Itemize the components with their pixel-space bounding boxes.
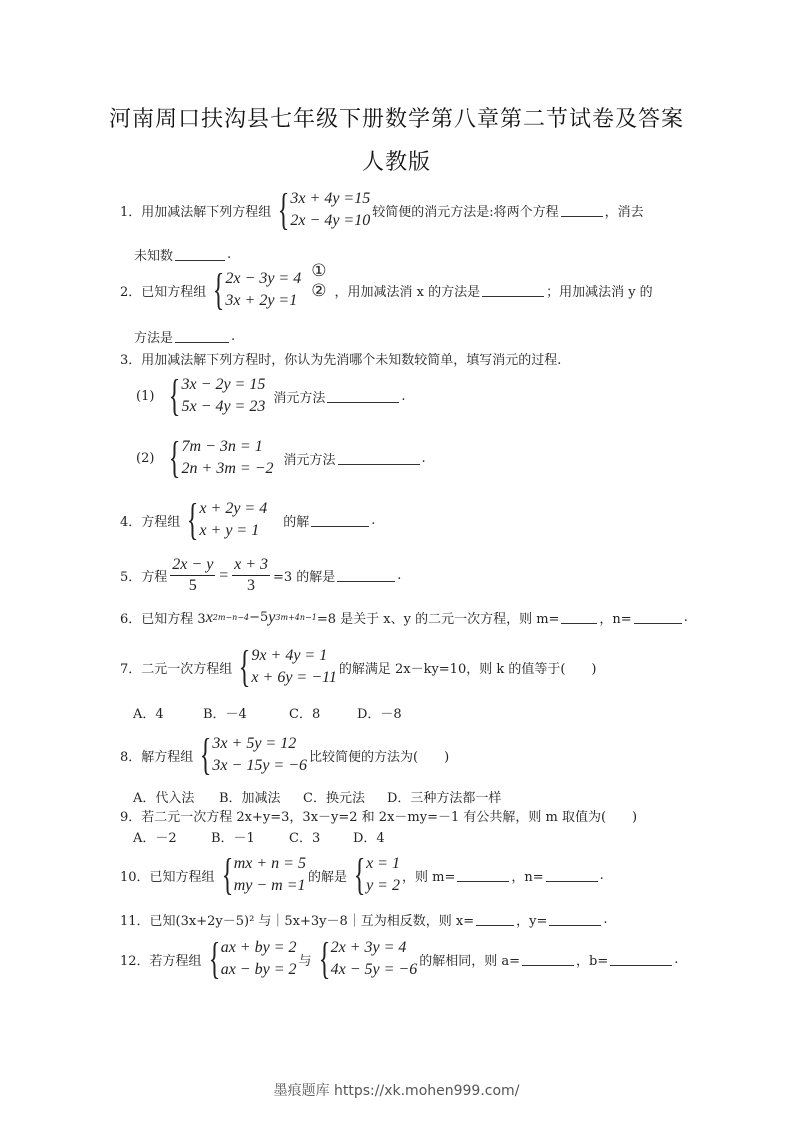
- option-a[interactable]: A．代入法: [133, 787, 219, 806]
- question-8: 8． 解方程组 {3x + 5y = 123x − 15y = −6 比较简便的…: [120, 733, 449, 777]
- option-d[interactable]: D．三种方法都一样: [387, 787, 501, 806]
- question-text: 比较简便的方法为( ): [309, 746, 449, 765]
- question-number: 11．: [120, 910, 150, 929]
- question-number: 1．: [120, 201, 141, 220]
- option-b[interactable]: B．－4: [203, 703, 289, 722]
- question-7: 7． 二元一次方程组 {9x + 4y = 1x + 6y = −11 的解满足…: [120, 645, 597, 689]
- equation-markers: ①②: [311, 261, 326, 301]
- punctuation: .: [401, 389, 405, 404]
- answer-blank[interactable]: [634, 611, 682, 624]
- part-label: (2): [136, 451, 154, 466]
- page-title: 河南周口扶沟县七年级下册数学第八章第二节试卷及答案: [0, 102, 793, 133]
- punctuation: .: [422, 451, 426, 466]
- question-4: 4． 方程组 {x + 2y = 4x + y = 1 的解 .: [120, 498, 375, 542]
- answer-blank[interactable]: [476, 913, 514, 926]
- question-text: ，用加减法消 x 的方法是: [334, 281, 480, 300]
- question-10: 10． 已知方程组 {mx + n = 5my − m =1 的解是 {x = …: [120, 853, 604, 897]
- equation-system: {2x + 3y = 44x − 5y = −6: [314, 937, 418, 981]
- equation: 4x − 5y = −6: [331, 959, 418, 981]
- question-8-options: A．代入法 B．加减法 C．换元法 D．三种方法都一样: [133, 787, 501, 806]
- question-text: 消元方法: [273, 387, 325, 406]
- fraction: x + 33: [232, 555, 270, 596]
- numerator: 2x − y: [170, 555, 215, 576]
- exponent: 2m−n−4: [213, 613, 249, 622]
- question-text: −5: [249, 610, 268, 625]
- fraction: 2x − y5: [170, 555, 215, 596]
- question-text: ；用加减法消 y 的: [546, 281, 653, 300]
- circled-1: ①: [311, 261, 326, 281]
- question-number: 7．: [120, 658, 141, 677]
- question-2: 2． 已知方程组 {2x − 3y = 43x + 2y =1 ①② ，用加减法…: [120, 268, 653, 312]
- question-text: 的解相同，则 a=: [419, 950, 520, 969]
- punctuation: .: [231, 329, 235, 344]
- question-text: 方程: [141, 566, 167, 585]
- brace-icon: {: [169, 436, 181, 480]
- question-number: 12．: [120, 950, 150, 969]
- equation: 7m − 3n = 1: [182, 436, 274, 458]
- answer-blank[interactable]: [546, 869, 598, 882]
- option-c[interactable]: C．8: [289, 703, 357, 722]
- equation: 3x + 5y = 12: [212, 733, 307, 755]
- question-number: 2．: [120, 281, 141, 300]
- answer-blank[interactable]: [311, 514, 369, 527]
- equation-system: {x + 2y = 4x + y = 1: [182, 498, 267, 542]
- question-text: 消元方法: [284, 449, 336, 468]
- question-9: 9． 若二元一次方程 2x+y=3，3x－y=2 和 2x－my=－1 有公共解…: [120, 806, 637, 825]
- equation: 3x + 2y =1: [225, 290, 301, 312]
- option-b[interactable]: B．加减法: [219, 787, 303, 806]
- equation-system: {ax + by = 2ax − by = 2: [204, 937, 297, 981]
- brace-icon: {: [318, 937, 330, 981]
- question-number: 9．: [120, 806, 141, 825]
- question-text: 若二元一次方程 2x+y=3，3x－y=2 和 2x－my=－1 有公共解，则 …: [141, 806, 637, 825]
- punctuation: .: [684, 610, 688, 625]
- question-number: 4．: [120, 511, 141, 530]
- equation-system: {3x + 5y = 123x − 15y = −6: [195, 733, 307, 777]
- equation: 5x − 4y = 23: [182, 396, 266, 418]
- question-number: 8．: [120, 746, 141, 765]
- question-number: 3．: [120, 349, 141, 368]
- question-text: 未知数: [134, 245, 173, 264]
- question-number: 6．: [120, 608, 141, 627]
- question-3-part-2: (2) {7m − 3n = 12n + 3m = −2 消元方法 .: [136, 436, 426, 480]
- question-text: 用加减法解下列方程时，你认为先消哪个未知数较简单，填写消元的过程.: [141, 349, 561, 368]
- equation: x = 1: [366, 853, 400, 875]
- answer-blank[interactable]: [522, 953, 574, 966]
- option-d[interactable]: D．4: [353, 827, 385, 846]
- equation: 9x + 4y = 1: [251, 645, 336, 667]
- question-text: 的解满足 2x－ky=10，则 k 的值等于( ): [339, 658, 597, 677]
- option-c[interactable]: C．3: [289, 827, 353, 846]
- question-7-options: A．4 B．－4 C．8 D．－8: [133, 703, 402, 722]
- equation: 3x + 4y =15: [290, 188, 370, 210]
- equation: y = 2: [366, 875, 400, 897]
- answer-blank[interactable]: [175, 248, 225, 261]
- option-b[interactable]: B．－1: [211, 827, 289, 846]
- question-1: 1． 用加减法解下列方程组 {3x + 4y =152x − 4y =10 较简…: [120, 188, 644, 232]
- answer-blank[interactable]: [482, 284, 544, 297]
- equation: x + y = 1: [199, 520, 267, 542]
- question-text: =8 是关于 x、y 的二元一次方程，则 m=: [317, 608, 560, 627]
- answer-blank[interactable]: [338, 452, 420, 465]
- question-text: 已知方程 3: [141, 608, 205, 627]
- equation: mx + n = 5: [234, 853, 306, 875]
- question-text: ，消去: [605, 201, 644, 220]
- equation: my − m =1: [234, 875, 306, 897]
- question-text: 已知(3x+2y－5)² 与｜5x+3y－8｜互为相反数，则 x=: [150, 910, 475, 929]
- numerator: x + 3: [232, 555, 270, 576]
- question-text: 已知方程组: [141, 281, 206, 300]
- question-6: 6． 已知方程 3 x2m−n−4 −5 y3m+4n−1 =8 是关于 x、y…: [120, 608, 688, 627]
- punctuation: .: [674, 952, 678, 967]
- equation: 2x − 4y =10: [290, 210, 370, 232]
- question-1-line2: 未知数 .: [134, 245, 231, 264]
- equation-system: {3x − 2y = 155x − 4y = 23: [164, 374, 265, 418]
- question-text: 二元一次方程组: [141, 658, 232, 677]
- equation-system: {2x − 3y = 43x + 2y =1: [208, 268, 301, 312]
- question-number: 5．: [120, 566, 141, 585]
- equals-sign: =: [218, 567, 229, 585]
- exponent: 3m+4n−1: [275, 613, 316, 622]
- question-text: 若方程组: [150, 950, 202, 969]
- question-9-options: A．－2 B．－1 C．3 D．4: [133, 827, 385, 846]
- equation: 2n + 3m = −2: [182, 458, 274, 480]
- question-5: 5． 方程 2x − y5 = x + 33 =3 的解是 .: [120, 555, 401, 596]
- answer-blank[interactable]: [610, 953, 672, 966]
- answer-blank[interactable]: [457, 869, 509, 882]
- answer-blank[interactable]: [327, 390, 399, 403]
- equation-system: {3x + 4y =152x − 4y =10: [273, 188, 370, 232]
- equation: ax + by = 2: [221, 937, 297, 959]
- equation: 2x + 3y = 4: [331, 937, 418, 959]
- question-text: ，n=: [511, 866, 543, 885]
- variable-x: x: [206, 609, 213, 627]
- brace-icon: {: [278, 188, 290, 232]
- equation: 3x − 2y = 15: [182, 374, 266, 396]
- circled-2: ②: [311, 281, 326, 301]
- punctuation: .: [227, 247, 231, 262]
- question-text: 方法是: [134, 327, 173, 346]
- footer-watermark: 墨痕题库 https://xk.mohen999.com/: [0, 1080, 793, 1100]
- equation-system: {9x + 4y = 1x + 6y = −11: [234, 645, 337, 689]
- variable-y: y: [268, 609, 275, 627]
- equation: 3x − 15y = −6: [212, 755, 307, 777]
- punctuation: .: [600, 868, 604, 883]
- question-number: 10．: [120, 866, 150, 885]
- question-text: 的解是: [308, 866, 347, 885]
- question-text: 较简便的消元方法是:将两个方程: [372, 201, 558, 220]
- answer-blank[interactable]: [561, 204, 603, 217]
- part-label: (1): [136, 389, 154, 404]
- solution-system: {x = 1y = 2: [349, 853, 400, 897]
- equation: x + 6y = −11: [251, 667, 336, 689]
- punctuation: .: [371, 513, 375, 528]
- brace-icon: {: [239, 645, 251, 689]
- question-11: 11． 已知(3x+2y－5)² 与｜5x+3y－8｜互为相反数，则 x= ，y…: [120, 910, 608, 929]
- question-text: ，则 m=: [402, 866, 455, 885]
- answer-blank[interactable]: [175, 330, 229, 343]
- answer-blank[interactable]: [337, 569, 395, 582]
- question-3-part-1: (1) {3x − 2y = 155x − 4y = 23 消元方法 .: [136, 374, 406, 418]
- question-12: 12． 若方程组 {ax + by = 2ax − by = 2 与 {2x +…: [120, 937, 678, 981]
- denominator: 3: [247, 576, 255, 596]
- question-text: 与: [298, 950, 311, 969]
- punctuation: .: [603, 912, 607, 927]
- brace-icon: {: [213, 268, 225, 312]
- question-text: 已知方程组: [150, 866, 215, 885]
- brace-icon: {: [187, 498, 199, 542]
- brace-icon: {: [169, 374, 181, 418]
- denominator: 5: [189, 576, 197, 596]
- question-text: ，n=: [599, 608, 631, 627]
- brace-icon: {: [354, 853, 366, 897]
- equation-system: {mx + n = 5my − m =1: [217, 853, 306, 897]
- option-a[interactable]: A．4: [133, 703, 203, 722]
- equation: ax − by = 2: [221, 959, 297, 981]
- question-text: 的解: [283, 511, 309, 530]
- punctuation: .: [397, 568, 401, 583]
- option-a[interactable]: A．－2: [133, 827, 211, 846]
- question-text: 用加减法解下列方程组: [141, 201, 271, 220]
- question-text: ，b=: [576, 950, 608, 969]
- question-text: 方程组: [141, 511, 180, 530]
- question-text: 解方程组: [141, 746, 193, 765]
- question-text: =3 的解是: [273, 566, 335, 585]
- question-2-line2: 方法是 .: [134, 327, 235, 346]
- equation: x + 2y = 4: [199, 498, 267, 520]
- question-text: ，y=: [516, 910, 547, 929]
- answer-blank[interactable]: [549, 913, 601, 926]
- brace-icon: {: [208, 937, 220, 981]
- page-subtitle: 人教版: [0, 145, 793, 176]
- question-3: 3． 用加减法解下列方程时，你认为先消哪个未知数较简单，填写消元的过程.: [120, 349, 561, 368]
- brace-icon: {: [221, 853, 233, 897]
- equation-system: {7m − 3n = 12n + 3m = −2: [164, 436, 273, 480]
- equation: 2x − 3y = 4: [225, 268, 301, 290]
- option-d[interactable]: D．－8: [357, 703, 402, 722]
- brace-icon: {: [200, 733, 212, 777]
- answer-blank[interactable]: [561, 611, 597, 624]
- option-c[interactable]: C．换元法: [303, 787, 387, 806]
